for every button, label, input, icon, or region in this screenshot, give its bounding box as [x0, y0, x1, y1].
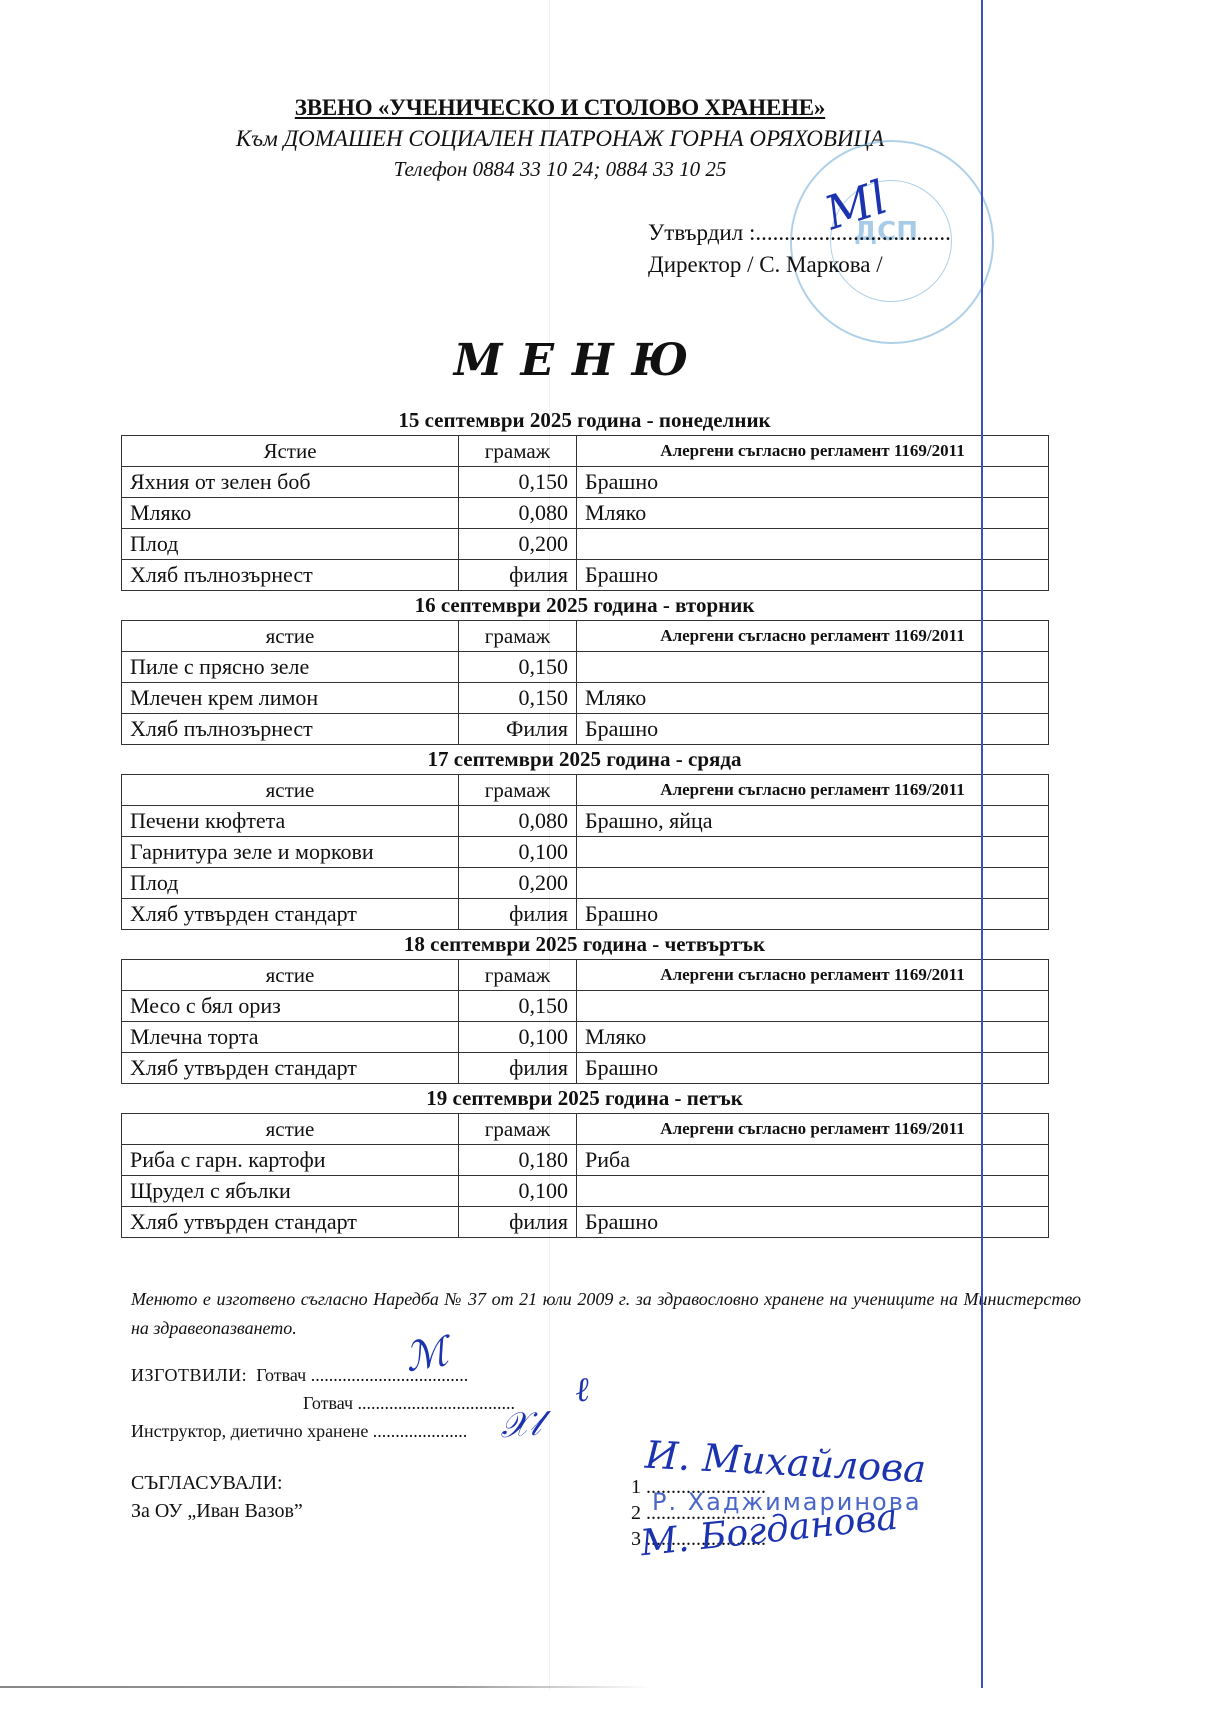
dish-cell: Млечна торта	[122, 1022, 459, 1053]
dish-cell: Пиле с прясно зеле	[122, 652, 459, 683]
table-row: Млечен крем лимон0,150Мляко	[122, 683, 1049, 714]
quantity-cell: филия	[459, 1053, 577, 1084]
table-header-row: ястиеграмажАлергени съгласно регламент 1…	[122, 621, 1049, 652]
scan-margin-line	[981, 0, 983, 1688]
day-title: 16 септември 2025 година - вторник	[121, 591, 1048, 620]
prepared-by-cook-2: Готвач .................................…	[303, 1393, 515, 1414]
dish-cell: Риба с гарн. картофи	[122, 1145, 459, 1176]
allergens-cell	[577, 868, 1049, 899]
weekly-menu: 15 септември 2025 година - понеделникЯст…	[121, 406, 1048, 1238]
column-header-dish: ястие	[122, 621, 459, 652]
day-title: 19 септември 2025 година - петък	[121, 1084, 1048, 1113]
agreed-line-3: 3 ........................	[631, 1528, 766, 1551]
allergens-cell: Брашно	[577, 899, 1049, 930]
agreed-line-2: 2 ........................	[631, 1502, 766, 1525]
quantity-cell: Филия	[459, 714, 577, 745]
quantity-cell: 0,180	[459, 1145, 577, 1176]
day-title: 15 септември 2025 година - понеделник	[121, 406, 1048, 435]
quantity-cell: 0,100	[459, 1022, 577, 1053]
prepared-by-label: ИЗГОТВИЛИ:	[131, 1365, 247, 1385]
table-row: Хляб утвърден стандартфилияБрашно	[122, 899, 1049, 930]
column-header-allergens: Алергени съгласно регламент 1169/2011	[577, 1114, 1049, 1145]
table-row: Щрудел с ябълки0,100	[122, 1176, 1049, 1207]
table-row: Мляко0,080Мляко	[122, 498, 1049, 529]
agreed-line-1: 1 ........................	[631, 1476, 766, 1499]
day-menu-table: ястиеграмажАлергени съгласно регламент 1…	[121, 774, 1049, 930]
column-header-grams: грамаж	[459, 436, 577, 467]
column-header-allergens: Алергени съгласно регламент 1169/2011	[577, 960, 1049, 991]
column-header-grams: грамаж	[459, 775, 577, 806]
quantity-cell: филия	[459, 1207, 577, 1238]
table-header-row: ЯстиеграмажАлергени съгласно регламент 1…	[122, 436, 1049, 467]
allergens-cell	[577, 991, 1049, 1022]
dish-cell: Хляб утвърден стандарт	[122, 899, 459, 930]
dish-cell: Хляб утвърден стандарт	[122, 1053, 459, 1084]
approved-by-line: Утвърдил :..............................…	[648, 220, 951, 246]
dish-cell: Щрудел с ябълки	[122, 1176, 459, 1207]
column-header-dish: ястие	[122, 1114, 459, 1145]
dish-cell: Печени кюфтета	[122, 806, 459, 837]
allergens-cell: Брашно, яйца	[577, 806, 1049, 837]
quantity-cell: 0,080	[459, 498, 577, 529]
quantity-cell: 0,150	[459, 991, 577, 1022]
prepared-by-cook-1: ИЗГОТВИЛИ: Готвач ......................…	[131, 1365, 468, 1386]
table-row: Млечна торта0,100Мляко	[122, 1022, 1049, 1053]
allergens-cell	[577, 1176, 1049, 1207]
table-row: Пиле с прясно зеле0,150	[122, 652, 1049, 683]
agreed-label: СЪГЛАСУВАЛИ:	[131, 1472, 283, 1495]
quantity-cell: филия	[459, 560, 577, 591]
column-header-allergens: Алергени съгласно регламент 1169/2011	[577, 436, 1049, 467]
table-header-row: ястиеграмажАлергени съгласно регламент 1…	[122, 960, 1049, 991]
dish-cell: Месо с бял ориз	[122, 991, 459, 1022]
quantity-cell: 0,150	[459, 652, 577, 683]
prepared-by-instructor: Инструктор, диетично хранене ...........…	[131, 1421, 467, 1442]
school-name: За ОУ „Иван Вазов”	[131, 1500, 303, 1523]
allergens-cell: Мляко	[577, 1022, 1049, 1053]
quantity-cell: 0,100	[459, 837, 577, 868]
table-row: Печени кюфтета0,080Брашно, яйца	[122, 806, 1049, 837]
regulation-note: Менюто е изготвено съгласно Наредба № 37…	[131, 1285, 1081, 1343]
quantity-cell: 0,100	[459, 1176, 577, 1207]
table-row: Яхния от зелен боб0,150Брашно	[122, 467, 1049, 498]
table-header-row: ястиеграмажАлергени съгласно регламент 1…	[122, 775, 1049, 806]
dish-cell: Плод	[122, 868, 459, 899]
cook-1-line: Готвач .................................…	[256, 1365, 468, 1385]
dish-cell: Млечен крем лимон	[122, 683, 459, 714]
quantity-cell: 0,150	[459, 467, 577, 498]
dish-cell: Гарнитура зеле и моркови	[122, 837, 459, 868]
dish-cell: Хляб утвърден стандарт	[122, 1207, 459, 1238]
column-header-grams: грамаж	[459, 1114, 577, 1145]
table-row: Хляб пълнозърнестфилияБрашно	[122, 560, 1049, 591]
table-row: Месо с бял ориз0,150	[122, 991, 1049, 1022]
allergens-cell: Брашно	[577, 1053, 1049, 1084]
column-header-dish: ястие	[122, 775, 459, 806]
quantity-cell: 0,080	[459, 806, 577, 837]
quantity-cell: 0,200	[459, 868, 577, 899]
quantity-cell: 0,150	[459, 683, 577, 714]
quantity-cell: филия	[459, 899, 577, 930]
table-row: Плод0,200	[122, 529, 1049, 560]
allergens-cell: Брашно	[577, 560, 1049, 591]
table-row: Плод0,200	[122, 868, 1049, 899]
dish-cell: Плод	[122, 529, 459, 560]
dish-cell: Хляб пълнозърнест	[122, 560, 459, 591]
page-edge-line	[0, 1686, 650, 1688]
day-title: 17 септември 2025 година - сряда	[121, 745, 1048, 774]
quantity-cell: 0,200	[459, 529, 577, 560]
day-menu-table: ЯстиеграмажАлергени съгласно регламент 1…	[121, 435, 1049, 591]
allergens-cell	[577, 837, 1049, 868]
column-header-dish: ястие	[122, 960, 459, 991]
allergens-cell: Брашно	[577, 1207, 1049, 1238]
allergens-cell: Брашно	[577, 714, 1049, 745]
dish-cell: Яхния от зелен боб	[122, 467, 459, 498]
table-row: Хляб утвърден стандартфилияБрашно	[122, 1053, 1049, 1084]
table-row: Хляб пълнозърнестФилияБрашно	[122, 714, 1049, 745]
allergens-cell: Брашно	[577, 467, 1049, 498]
allergens-cell: Мляко	[577, 683, 1049, 714]
dish-cell: Мляко	[122, 498, 459, 529]
column-header-allergens: Алергени съгласно регламент 1169/2011	[577, 621, 1049, 652]
column-header-allergens: Алергени съгласно регламент 1169/2011	[577, 775, 1049, 806]
day-menu-table: ястиеграмажАлергени съгласно регламент 1…	[121, 620, 1049, 745]
column-header-grams: грамаж	[459, 960, 577, 991]
table-row: Хляб утвърден стандартфилияБрашно	[122, 1207, 1049, 1238]
document-header-title: ЗВЕНО «УЧЕНИЧЕСКО И СТОЛОВО ХРАНЕНЕ»	[60, 95, 1060, 121]
allergens-cell	[577, 529, 1049, 560]
day-title: 18 септември 2025 година - четвъртък	[121, 930, 1048, 959]
allergens-cell	[577, 652, 1049, 683]
table-header-row: ястиеграмажАлергени съгласно регламент 1…	[122, 1114, 1049, 1145]
menu-title: МЕНЮ	[0, 335, 1160, 386]
day-menu-table: ястиеграмажАлергени съгласно регламент 1…	[121, 959, 1049, 1084]
cook-2-signature-icon: ℓ	[573, 1369, 591, 1410]
dish-cell: Хляб пълнозърнест	[122, 714, 459, 745]
allergens-cell: Риба	[577, 1145, 1049, 1176]
day-menu-table: ястиеграмажАлергени съгласно регламент 1…	[121, 1113, 1049, 1238]
column-header-dish: Ястие	[122, 436, 459, 467]
allergens-cell: Мляко	[577, 498, 1049, 529]
table-row: Гарнитура зеле и моркови0,100	[122, 837, 1049, 868]
table-row: Риба с гарн. картофи0,180Риба	[122, 1145, 1049, 1176]
director-name: Директор / С. Маркова /	[648, 252, 883, 278]
column-header-grams: грамаж	[459, 621, 577, 652]
